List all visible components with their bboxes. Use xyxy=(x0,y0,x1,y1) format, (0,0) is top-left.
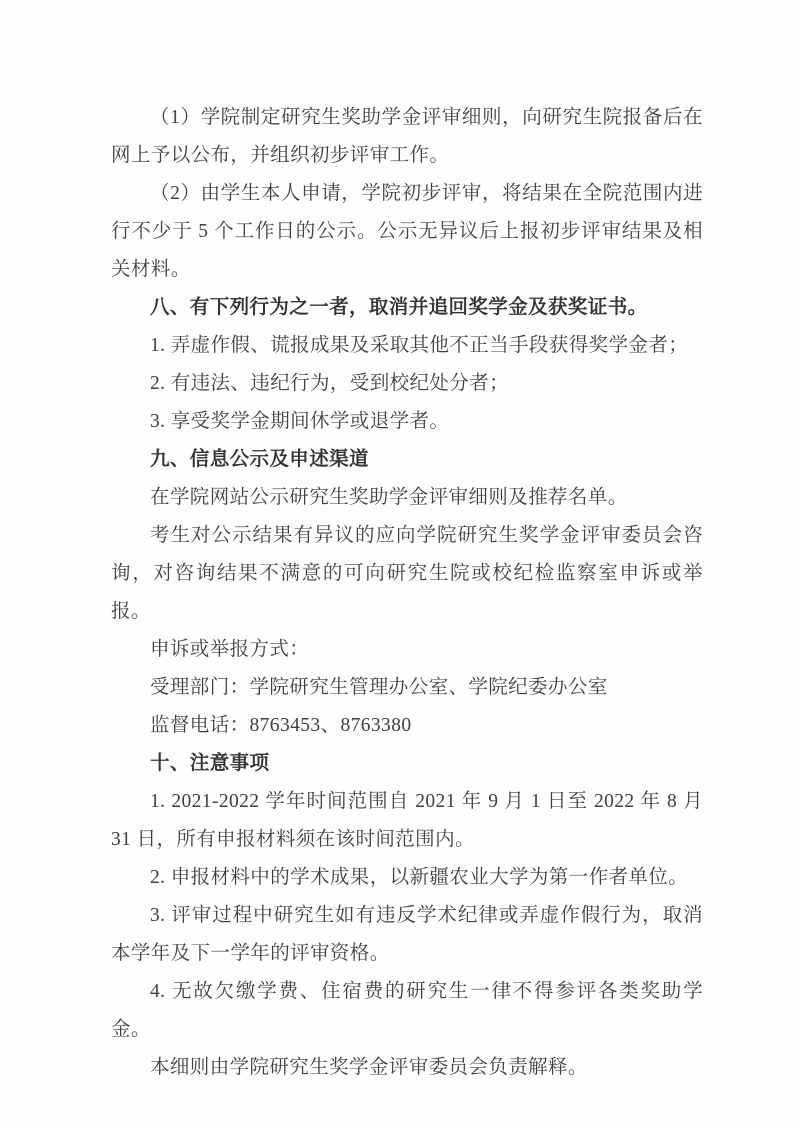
section-heading-9: 九、信息公示及申述渠道 xyxy=(111,441,703,479)
paragraph-rule-2: （2）由学生本人申请，学院初步评审，将结果在全院范围内进行不少于 5 个工作日的… xyxy=(111,175,703,289)
paragraph-revoke-item-3: 3. 享受奖学金期间休学或退学者。 xyxy=(111,403,703,441)
paragraph-rule-1: （1）学院制定研究生奖助学金评审细则，向研究生院报备后在网上予以公布，并组织初步… xyxy=(111,99,703,175)
document-content: （1）学院制定研究生奖助学金评审细则，向研究生院报备后在网上予以公布，并组织初步… xyxy=(111,99,703,1087)
paragraph-note-1: 1. 2021-2022 学年时间范围自 2021 年 9 月 1 日至 202… xyxy=(111,783,703,859)
paragraph-appeal-method: 申诉或举报方式： xyxy=(111,631,703,669)
section-heading-10: 十、注意事项 xyxy=(111,745,703,783)
document-page: （1）学院制定研究生奖助学金评审细则，向研究生院报备后在网上予以公布，并组织初步… xyxy=(0,0,799,1131)
paragraph-note-3: 3. 评审过程中研究生如有违反学术纪律或弄虚作假行为，取消本学年及下一学年的评审… xyxy=(111,897,703,973)
paragraph-note-4: 4. 无故欠缴学费、住宿费的研究生一律不得参评各类奖助学金。 xyxy=(111,973,703,1049)
paragraph-interpretation: 本细则由学院研究生奖学金评审委员会负责解释。 xyxy=(111,1049,703,1087)
paragraph-revoke-item-2: 2. 有违法、违纪行为，受到校纪处分者； xyxy=(111,365,703,403)
paragraph-publicity: 在学院网站公示研究生奖助学金评审细则及推荐名单。 xyxy=(111,479,703,517)
paragraph-phone-numbers: 监督电话：8763453、8763380 xyxy=(111,707,703,745)
section-heading-8: 八、有下列行为之一者，取消并追回奖学金及获奖证书。 xyxy=(111,289,703,327)
paragraph-departments: 受理部门：学院研究生管理办公室、学院纪委办公室 xyxy=(111,669,703,707)
paragraph-note-2: 2. 申报材料中的学术成果，以新疆农业大学为第一作者单位。 xyxy=(111,859,703,897)
paragraph-appeal: 考生对公示结果有异议的应向学院研究生奖学金评审委员会咨询，对咨询结果不满意的可向… xyxy=(111,517,703,631)
paragraph-revoke-item-1: 1. 弄虚作假、谎报成果及采取其他不正当手段获得奖学金者； xyxy=(111,327,703,365)
